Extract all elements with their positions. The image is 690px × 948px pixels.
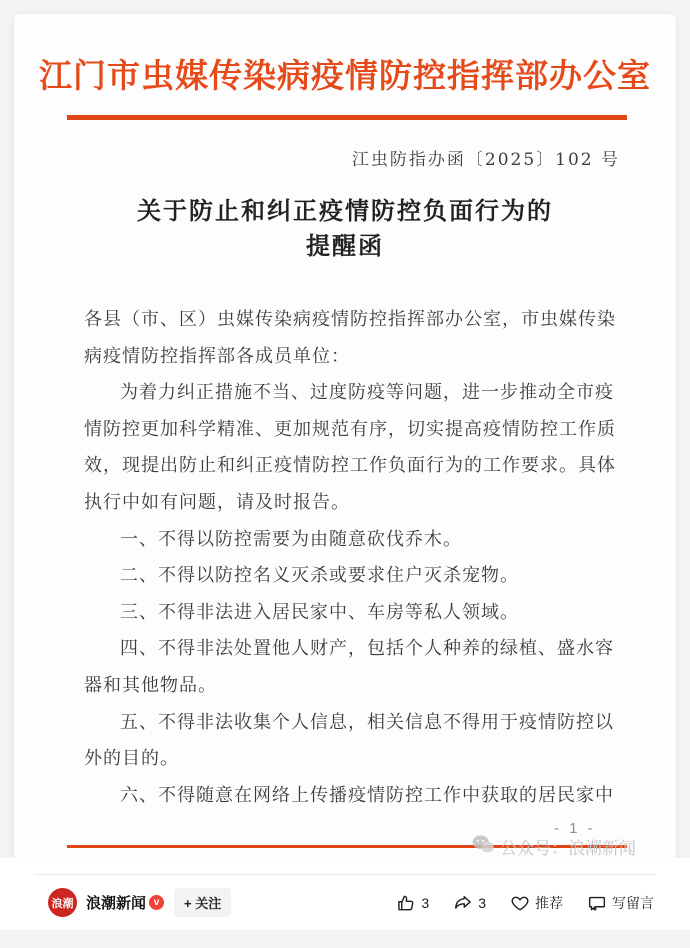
publisher-name[interactable]: 浪潮新闻 xyxy=(86,892,146,913)
document-line: 器和其他物品。 xyxy=(84,668,630,705)
document-number: 江虫防指办函〔2025〕102 号 xyxy=(352,145,620,170)
document-line: 五、不得非法收集个人信息，相关信息不得用于疫情防控以 xyxy=(84,705,630,742)
document-line: 外的目的。 xyxy=(84,741,630,778)
thumbs-up-icon xyxy=(396,893,416,913)
wechat-icon xyxy=(472,835,494,859)
share-button[interactable]: 3 xyxy=(453,893,486,913)
publisher[interactable]: 浪潮 浪潮新闻 v + 关注 xyxy=(48,888,231,917)
like-button[interactable]: 3 xyxy=(396,893,429,913)
like-count: 3 xyxy=(421,895,429,911)
watermark-text: 公众号：浪潮新闻 xyxy=(500,834,636,859)
publisher-avatar[interactable]: 浪潮 xyxy=(48,888,77,917)
document-line: 二、不得以防控名义灭杀或要求住户灭杀宠物。 xyxy=(84,558,630,595)
watermark: 公众号：浪潮新闻 xyxy=(472,834,636,859)
comment-button[interactable]: 写留言 xyxy=(587,893,654,913)
document-line: 执行中如有问题，请及时报告。 xyxy=(84,485,630,522)
recommend-button[interactable]: 推荐 xyxy=(510,893,563,913)
document-image[interactable]: 江门市虫媒传染病疫情防控指挥部办公室 江虫防指办函〔2025〕102 号 关于防… xyxy=(14,14,676,860)
document-body: 各县（市、区）虫媒传染病疫情防控指挥部办公室，市虫媒传染 病疫情防控指挥部各成员… xyxy=(84,302,630,814)
document-line: 三、不得非法进入居民家中、车房等私人领域。 xyxy=(84,595,630,632)
comment-label: 写留言 xyxy=(612,893,654,913)
document-line: 各县（市、区）虫媒传染病疫情防控指挥部办公室，市虫媒传染 xyxy=(84,302,630,339)
document-line: 六、不得随意在网络上传播疫情防控工作中获取的居民家中 xyxy=(84,778,630,815)
heart-icon xyxy=(510,893,530,913)
comment-bubble-icon xyxy=(587,893,607,913)
document-line: 病疫情防控指挥部各成员单位： xyxy=(84,339,630,376)
document-line: 效，现提出防止和纠正疫情防控工作负面行为的工作要求。具体 xyxy=(84,448,630,485)
document-line: 四、不得非法处置他人财产，包括个人种养的绿植、盛水容 xyxy=(84,631,630,668)
bottom-bar: 浪潮 浪潮新闻 v + 关注 3 xyxy=(0,858,690,930)
share-count: 3 xyxy=(478,895,486,911)
letterhead-divider xyxy=(67,115,627,120)
verified-badge-icon: v xyxy=(149,895,164,910)
share-arrow-icon xyxy=(453,893,473,913)
document-line: 情防控更加科学精准、更加规范有序，切实提高疫情防控工作质 xyxy=(84,412,630,449)
follow-button[interactable]: + 关注 xyxy=(174,888,231,917)
document-letterhead: 江门市虫媒传染病疫情防控指挥部办公室 xyxy=(14,50,676,97)
document-line: 一、不得以防控需要为由随意砍伐乔木。 xyxy=(84,522,630,559)
action-bar: 3 3 推荐 xyxy=(396,893,654,913)
document-title: 关于防止和纠正疫情防控负面行为的 提醒函 xyxy=(14,193,676,263)
recommend-label: 推荐 xyxy=(535,893,563,913)
document-line: 为着力纠正措施不当、过度防疫等问题，进一步推动全市疫 xyxy=(84,375,630,412)
footer-band xyxy=(0,930,690,948)
document-title-line2: 提醒函 xyxy=(14,228,676,263)
document-title-line1: 关于防止和纠正疫情防控负面行为的 xyxy=(14,193,676,228)
